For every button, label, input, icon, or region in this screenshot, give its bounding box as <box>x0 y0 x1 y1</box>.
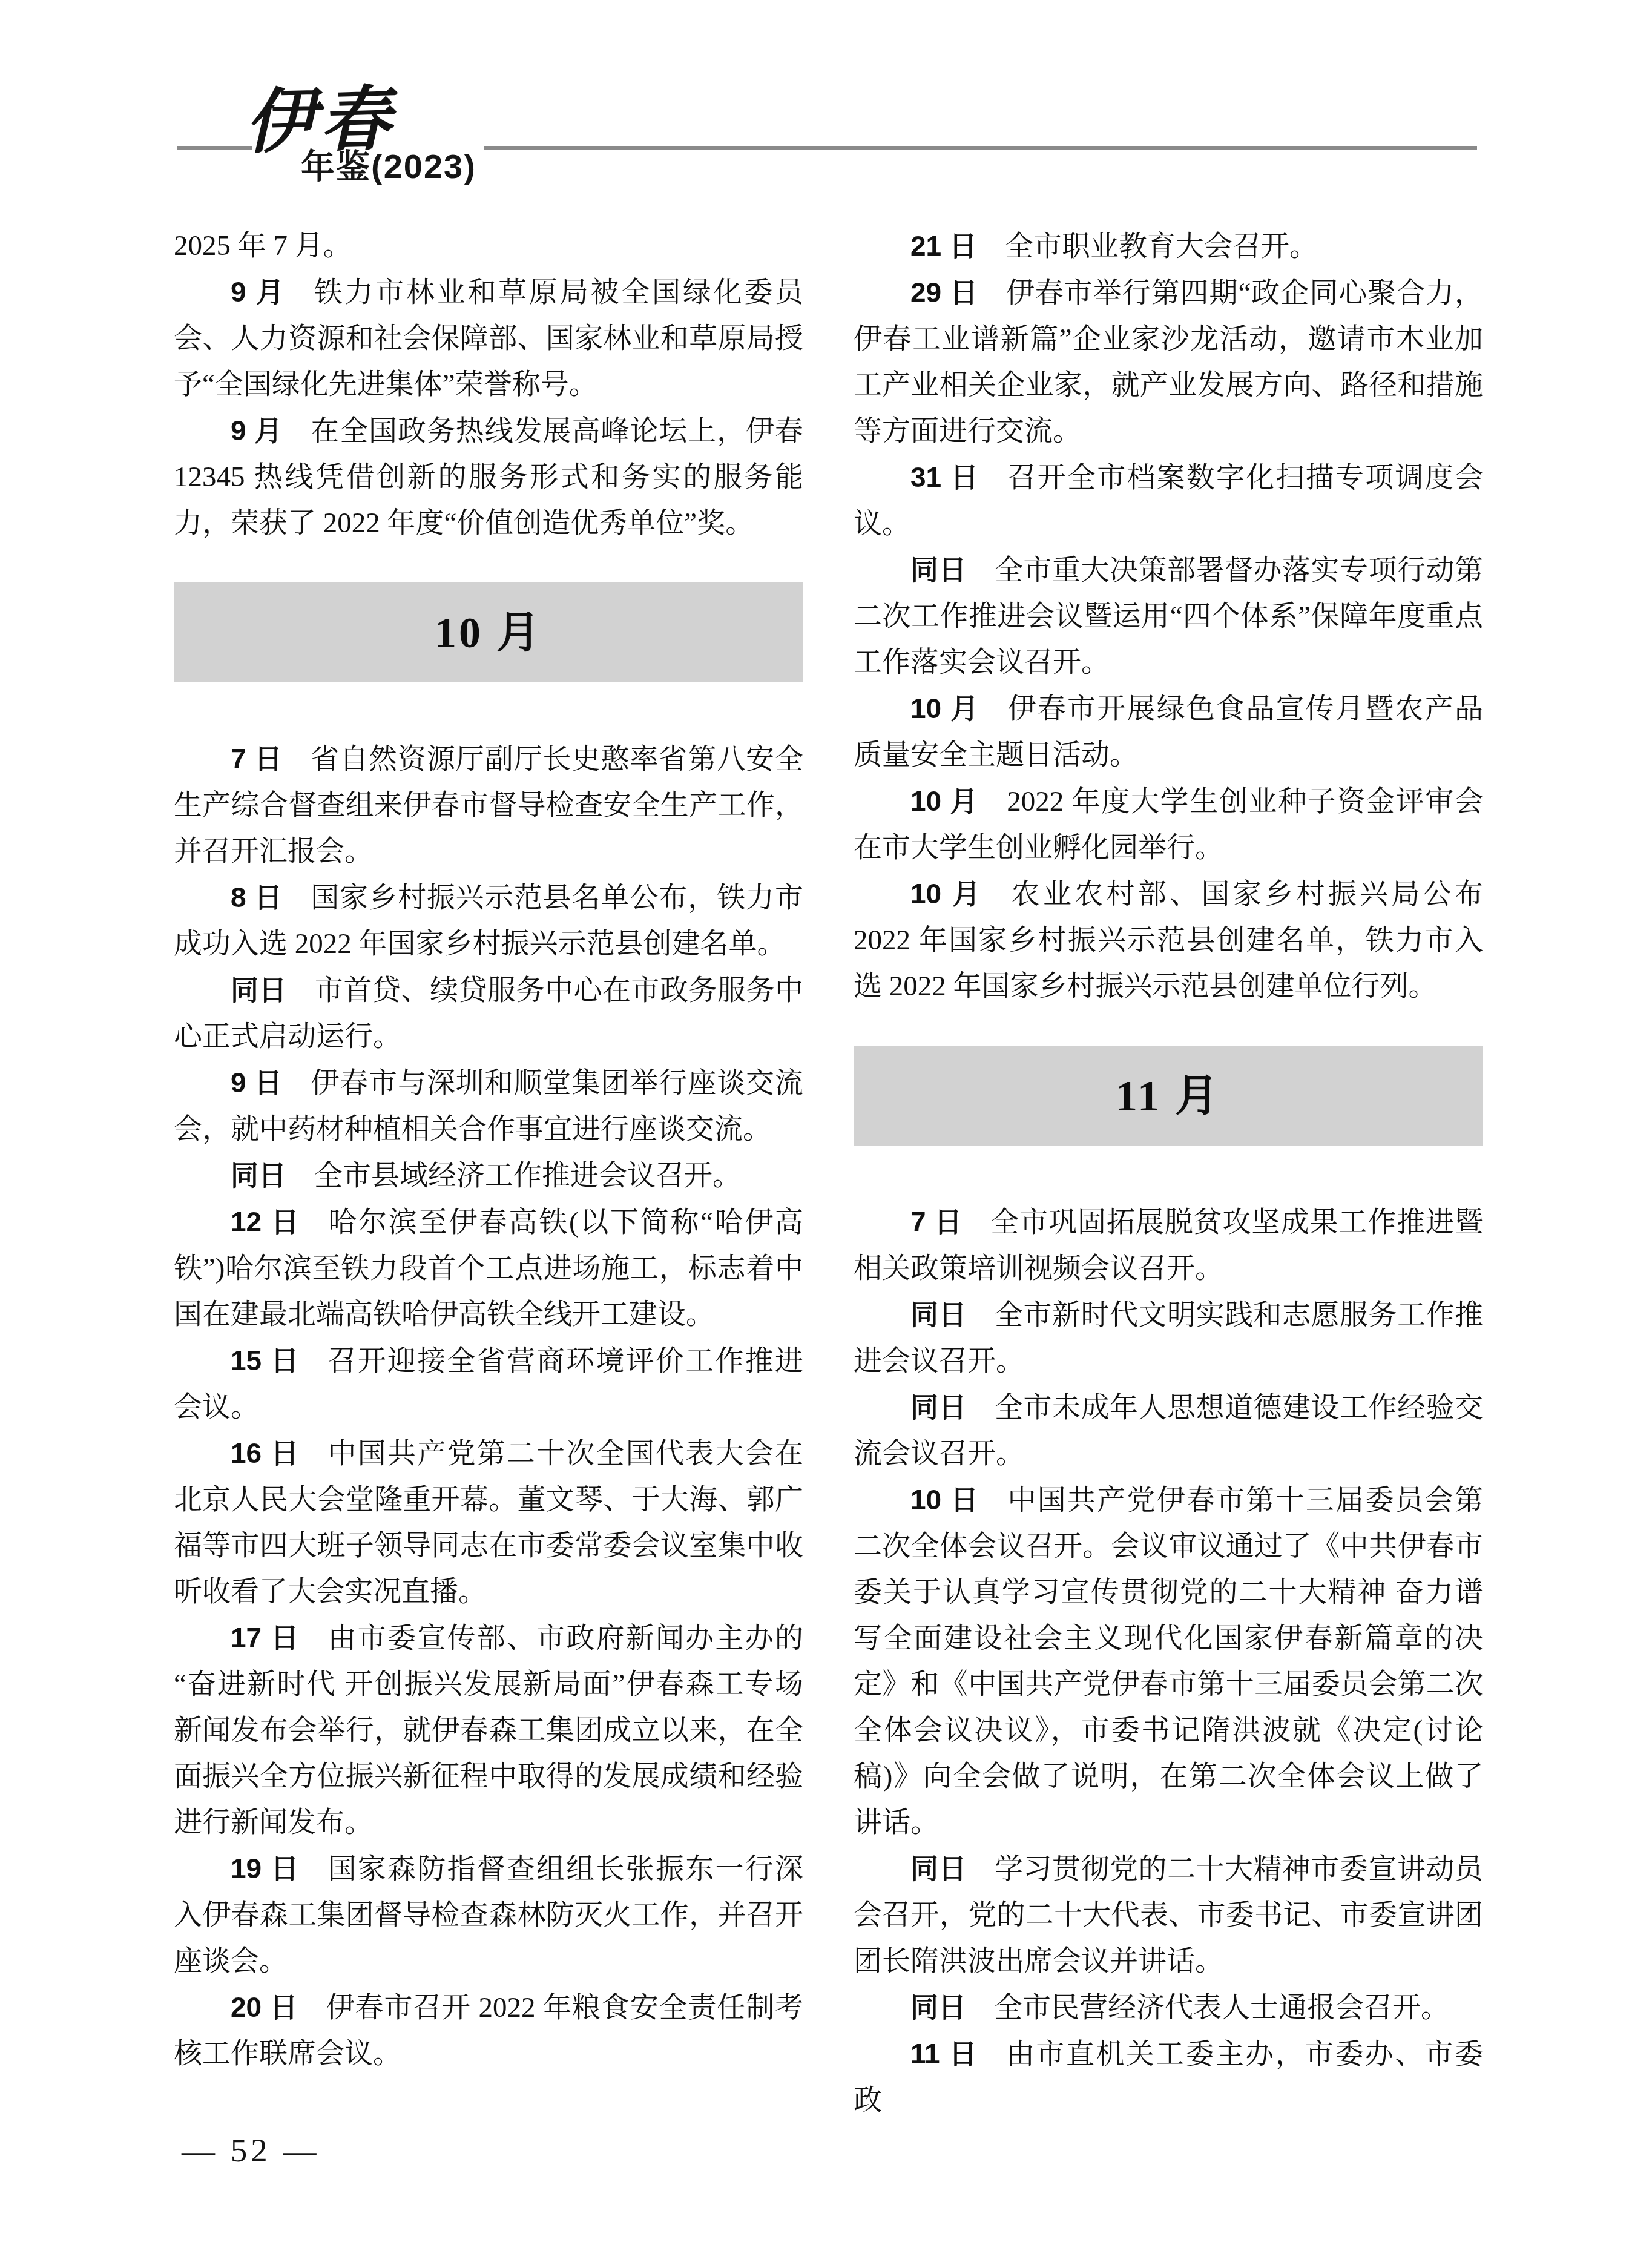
entry-date: 29 日 <box>910 277 978 308</box>
chronicle-entry: 15 日召开迎接全省营商环境评价工作推进会议。 <box>174 1337 803 1430</box>
chronicle-entry: 2025 年 7 月。 <box>174 223 803 269</box>
entry-date: 10 日 <box>910 1484 979 1515</box>
chronicle-entry: 同日全市民营经济代表人士通报会召开。 <box>854 1984 1483 2031</box>
chronicle-entry: 16 日中国共产党第二十次全国代表大会在北京人民大会堂隆重开幕。董文琴、于大海、… <box>174 1430 803 1615</box>
entry-date: 同日 <box>910 1991 966 2023</box>
entry-date: 11 日 <box>910 2038 978 2069</box>
month-label: 10 月 <box>435 610 542 656</box>
entry-text: 2025 年 7 月。 <box>174 230 352 262</box>
header-rule-left <box>177 146 252 150</box>
entry-date: 同日 <box>910 1299 967 1330</box>
entry-date: 7 日 <box>231 743 283 774</box>
chronicle-entry: 8 日国家乡村振兴示范县名单公布，铁力市成功入选 2022 年国家乡村振兴示范县… <box>174 874 803 967</box>
month-label: 11 月 <box>1116 1073 1221 1119</box>
entry-date: 9 月 <box>231 415 283 446</box>
entry-text: 全市民营经济代表人士通报会召开。 <box>994 1992 1449 2023</box>
chronicle-entry: 同日学习贯彻党的二十大精神市委宣讲动员会召开，党的二十大代表、市委书记、市委宣讲… <box>854 1845 1483 1984</box>
chronicle-entry: 17 日由市委宣传部、市政府新闻办主办的“奋进新时代 开创振兴发展新局面”伊春森… <box>174 1615 803 1845</box>
brand-subtitle: 年鉴(2023) <box>301 150 476 183</box>
chronicle-entry: 7 日省自然资源厅副厅长史憨率省第八安全生产综合督查组来伊春市督导检查安全生产工… <box>174 736 803 874</box>
chronicle-entry: 11 日由市直机关工委主办，市委办、市委政 <box>854 2031 1483 2123</box>
left-column: 2025 年 7 月。 9 月铁力市林业和草原局被全国绿化委员会、人力资源和社会… <box>174 223 803 2077</box>
entry-text: 由市委宣传部、市政府新闻办主办的“奋进新时代 开创振兴发展新局面”伊春森工专场新… <box>174 1623 803 1838</box>
chronicle-entry: 12 日哈尔滨至伊春高铁(以下简称“哈伊高铁”)哈尔滨至铁力段首个工点进场施工，… <box>174 1199 803 1337</box>
entry-date: 10 月 <box>910 693 979 724</box>
page-number: — 52 — <box>182 2134 320 2167</box>
chronicle-entry: 21 日全市职业教育大会召开。 <box>854 223 1483 269</box>
entry-text: 全市职业教育大会召开。 <box>1005 231 1318 262</box>
chronicle-entry: 7 日全市巩固拓展脱贫攻坚成果工作推进暨相关政策培训视频会议召开。 <box>854 1199 1483 1291</box>
entry-date: 21 日 <box>910 230 977 262</box>
chronicle-entry: 19 日国家森防指督查组组长张振东一行深入伊春森工集团督导检查森林防灭火工作，并… <box>174 1845 803 1984</box>
right-column: 21 日全市职业教育大会召开。 29 日伊春市举行第四期“政企同心聚合力，伊春工… <box>854 223 1483 2123</box>
header-rule-right <box>484 146 1477 150</box>
entry-date: 9 日 <box>231 1067 283 1098</box>
chronicle-entry: 29 日伊春市举行第四期“政企同心聚合力，伊春工业谱新篇”企业家沙龙活动，邀请市… <box>854 269 1483 454</box>
chronicle-entry: 10 月2022 年度大学生创业种子资金评审会在市大学生创业孵化园举行。 <box>854 778 1483 871</box>
entry-date: 19 日 <box>231 1853 300 1884</box>
entry-date: 10 月 <box>910 878 984 909</box>
chronicle-entry: 9 日伊春市与深圳和顺堂集团举行座谈交流会，就中药材种植相关合作事宜进行座谈交流… <box>174 1060 803 1152</box>
entry-date: 9 月 <box>231 276 286 308</box>
entry-text: 全市县域经济工作推进会议召开。 <box>314 1160 741 1192</box>
entry-date: 17 日 <box>231 1622 300 1653</box>
entry-date: 12 日 <box>231 1206 300 1238</box>
chronicle-entry: 9 月在全国政务热线发展高峰论坛上，伊春 12345 热线凭借创新的服务形式和务… <box>174 407 803 546</box>
entry-date: 10 月 <box>910 785 979 817</box>
entry-date: 31 日 <box>910 461 979 493</box>
entry-date: 同日 <box>910 1853 967 1884</box>
chronicle-entry: 31 日召开全市档案数字化扫描专项调度会议。 <box>854 454 1483 547</box>
chronicle-entry: 同日全市县域经济工作推进会议召开。 <box>174 1152 803 1199</box>
chronicle-entry: 10 月伊春市开展绿色食品宣传月暨农产品质量安全主题日活动。 <box>854 685 1483 778</box>
entry-date: 同日 <box>910 554 967 585</box>
chronicle-entry: 同日全市未成年人思想道德建设工作经验交流会议召开。 <box>854 1384 1483 1477</box>
month-section-header-november: 11 月 <box>854 1046 1483 1146</box>
entry-date: 同日 <box>910 1391 967 1423</box>
entry-date: 8 日 <box>231 882 283 913</box>
yearbook-page: 伊春 年鉴(2023) 2025 年 7 月。 9 月铁力市林业和草原局被全国绿… <box>0 0 1652 2242</box>
chronicle-entry: 同日全市新时代文明实践和志愿服务工作推进会议召开。 <box>854 1291 1483 1384</box>
chronicle-entry: 9 月铁力市林业和草原局被全国绿化委员会、人力资源和社会保障部、国家林业和草原局… <box>174 269 803 407</box>
chronicle-entry: 10 日中国共产党伊春市第十三届委员会第二次全体会议召开。会议审议通过了《中共伊… <box>854 1477 1483 1845</box>
entry-date: 同日 <box>231 1159 286 1191</box>
entry-date: 15 日 <box>231 1345 300 1376</box>
entry-date: 20 日 <box>231 1991 298 2023</box>
chronicle-entry: 同日全市重大决策部署督办落实专项行动第二次工作推进会议暨运用“四个体系”保障年度… <box>854 547 1483 685</box>
month-section-header-october: 10 月 <box>174 582 803 682</box>
entry-date: 16 日 <box>231 1437 300 1469</box>
chronicle-entry: 20 日伊春市召开 2022 年粮食安全责任制考核工作联席会议。 <box>174 1984 803 2077</box>
chronicle-entry: 10 月农业农村部、国家乡村振兴局公布 2022 年国家乡村振兴示范县创建名单，… <box>854 871 1483 1009</box>
chronicle-entry: 同日市首贷、续贷服务中心在市政务服务中心正式启动运行。 <box>174 967 803 1060</box>
entry-date: 7 日 <box>910 1206 963 1238</box>
entry-date: 同日 <box>231 974 287 1006</box>
entry-text: 中国共产党伊春市第十三届委员会第二次全体会议召开。会议审议通过了《中共伊春市委关… <box>854 1485 1483 1838</box>
